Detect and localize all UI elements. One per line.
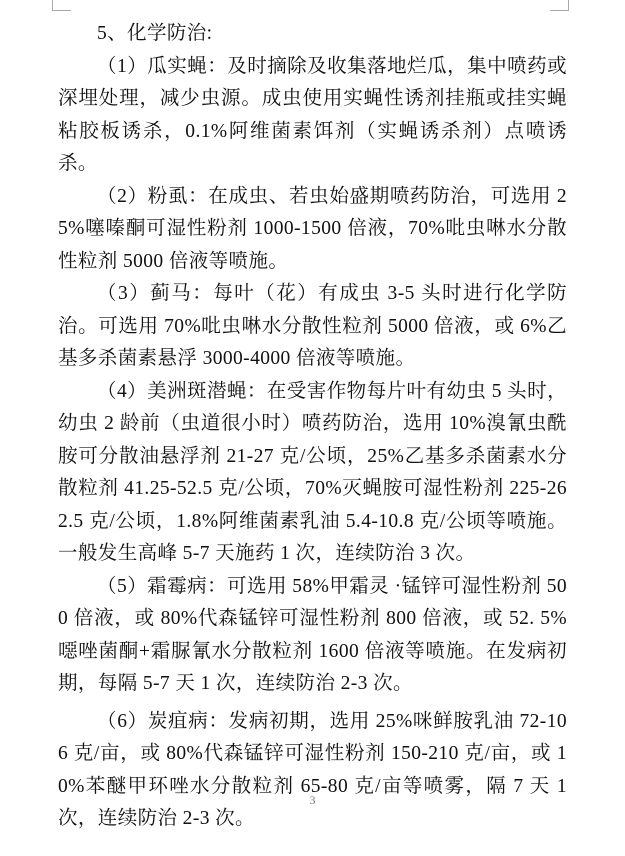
page-footer: 3 xyxy=(0,791,625,809)
paragraph-anthracnose: （6）炭疽病：发病初期，选用 25%咪鲜胺乳油 72-106 克/亩，或 80%… xyxy=(58,706,567,836)
section-heading-chemical-control: 5、化学防治: xyxy=(58,18,567,51)
paragraph-downy-mildew: （5）霜霉病：可选用 58%甲霜灵 ·锰锌可湿性粉剂 500 倍液，或 80%代… xyxy=(58,571,567,701)
page-number: 3 xyxy=(310,793,316,807)
paragraph-melon-fruit-fly: （1）瓜实蝇：及时摘除及收集落地烂瓜，集中喷药或深埋处理，减少虫源。成虫使用实蝇… xyxy=(58,51,567,181)
paragraph-thrips: （3）蓟马：每叶（花）有成虫 3-5 头时进行化学防治。可选用 70%吡虫啉水分… xyxy=(58,278,567,376)
document-page: 5、化学防治: （1）瓜实蝇：及时摘除及收集落地烂瓜，集中喷药或深埋处理，减少虫… xyxy=(0,0,625,856)
paragraph-american-leafminer: （4）美洲斑潜蝇：在受害作物每片叶有幼虫 5 头时，幼虫 2 龄前（虫道很小时）… xyxy=(58,376,567,571)
text-boundary-mark-right xyxy=(550,0,569,11)
paragraph-whitefly: （2）粉虱：在成虫、若虫始盛期喷药防治，可选用 25%噻嗪酮可湿性粉剂 1000… xyxy=(58,181,567,279)
document-body: 5、化学防治: （1）瓜实蝇：及时摘除及收集落地烂瓜，集中喷药或深埋处理，减少虫… xyxy=(58,18,567,836)
text-boundary-mark-left xyxy=(52,0,71,11)
